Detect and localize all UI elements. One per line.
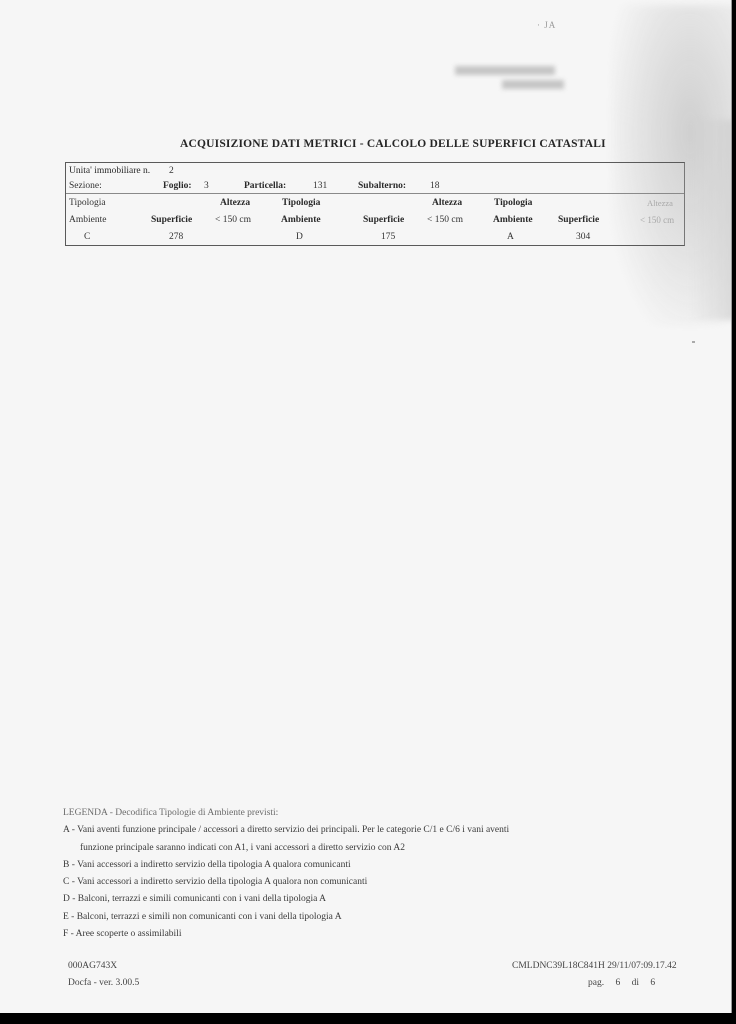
cell-tipologia-3: A bbox=[507, 232, 514, 242]
foglio-value: 3 bbox=[204, 181, 209, 191]
header-altezza-cm-2: < 150 cm bbox=[427, 215, 463, 225]
legend-item-a: A - Vani aventi funzione principale / ac… bbox=[63, 822, 509, 839]
header-altezza-3: Altezza bbox=[647, 198, 673, 208]
page-label: pag. bbox=[588, 978, 604, 988]
header-altezza-1: Altezza bbox=[220, 198, 250, 208]
unit-number: 2 bbox=[169, 166, 174, 176]
redacted-text-line-1 bbox=[455, 66, 555, 75]
header-ambiente-3: Ambiente bbox=[493, 215, 533, 225]
footer-right: CMLDNC39L18C841H 29/11/07:09.17.42 pag. … bbox=[512, 958, 677, 992]
header-ambiente-2: Ambiente bbox=[281, 215, 321, 225]
redacted-text-line-2 bbox=[502, 80, 564, 89]
legend-item-b: B - Vani accessori a indiretto servizio … bbox=[63, 857, 509, 874]
legend-item-d: D - Balconi, terrazzi e simili comunican… bbox=[63, 891, 509, 908]
legend-item-e: E - Balconi, terrazzi e simili non comun… bbox=[63, 909, 509, 926]
header-tipologia-1: Tipologia bbox=[69, 198, 106, 208]
page-current: 6 bbox=[615, 978, 620, 988]
legend-title: LEGENDA - Decodifica Tipologie di Ambien… bbox=[63, 805, 509, 822]
legend: LEGENDA - Decodifica Tipologie di Ambien… bbox=[63, 805, 509, 943]
header-superficie-3: Superficie bbox=[558, 215, 599, 225]
sezione-label: Sezione: bbox=[69, 181, 102, 191]
header-superficie-2: Superficie bbox=[363, 215, 404, 225]
cell-superficie-1: 278 bbox=[169, 232, 183, 242]
scan-shadow-edge bbox=[690, 120, 732, 320]
cell-tipologia-1: C bbox=[84, 232, 90, 242]
header-ambiente-1: Ambiente bbox=[69, 215, 106, 225]
document-title: ACQUISIZIONE DATI METRICI - CALCOLO DELL… bbox=[180, 138, 600, 150]
stamp-mark: · JA bbox=[537, 20, 556, 30]
cell-tipologia-2: D bbox=[296, 232, 303, 242]
header-tipologia-2: Tipologia bbox=[282, 198, 320, 208]
footer-left: 000AG743X Docfa - ver. 3.00.5 bbox=[68, 958, 139, 992]
foglio-label: Foglio: bbox=[163, 181, 192, 191]
header-altezza-cm-1: < 150 cm bbox=[215, 215, 251, 225]
header-superficie-1: Superficie bbox=[151, 215, 192, 225]
legend-item-a-continued: funzione principale saranno indicati con… bbox=[63, 840, 509, 857]
cell-superficie-3: 304 bbox=[576, 232, 590, 242]
particella-value: 131 bbox=[313, 181, 327, 191]
particella-label: Particella: bbox=[244, 181, 286, 191]
unit-label: Unita' immobiliare n. bbox=[69, 166, 150, 176]
table-header-divider bbox=[66, 193, 684, 194]
reference-code: CMLDNC39L18C841H 29/11/07:09.17.42 bbox=[512, 958, 677, 975]
page-indicator: pag. 6 di 6 bbox=[512, 975, 677, 992]
page-of: di bbox=[632, 978, 639, 988]
legend-item-c: C - Vani accessori a indiretto servizio … bbox=[63, 874, 509, 891]
scan-speck bbox=[692, 341, 695, 343]
header-altezza-2: Altezza bbox=[432, 198, 462, 208]
subalterno-label: Subalterno: bbox=[358, 181, 406, 191]
document-code: 000AG743X bbox=[68, 958, 139, 975]
header-altezza-cm-3: < 150 cm bbox=[640, 215, 674, 225]
header-tipologia-3: Tipologia bbox=[494, 198, 532, 208]
scanned-page: · JA ACQUISIZIONE DATI METRICI - CALCOLO… bbox=[0, 0, 732, 1013]
software-version: Docfa - ver. 3.00.5 bbox=[68, 975, 139, 992]
metric-data-table bbox=[65, 162, 685, 246]
legend-item-f: F - Aree scoperte o assimilabili bbox=[63, 926, 509, 943]
page-total: 6 bbox=[650, 978, 655, 988]
cell-superficie-2: 175 bbox=[381, 232, 395, 242]
subalterno-value: 18 bbox=[430, 181, 440, 191]
